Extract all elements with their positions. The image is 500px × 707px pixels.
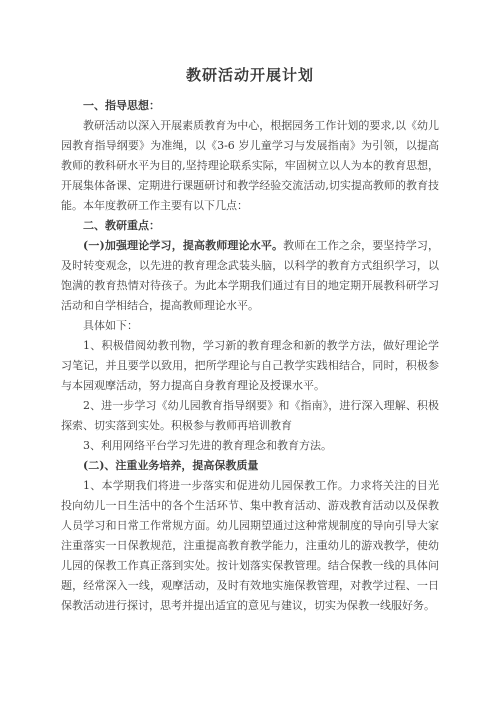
- list-item-1-reading-journals: 1、积极借阅幼教刊物，学习新的教育理念和新的教学方法，做好理论学习笔记，并且要学…: [61, 336, 439, 396]
- list-item-3-online-platform: 3、利用网络平台学习先进的教育理念和教育方法。: [61, 436, 439, 456]
- section-heading-guiding-ideology: 一、指导思想：: [61, 96, 439, 116]
- section-heading-professional-training: (二)、注重业务培养，提高保教质量: [61, 456, 439, 476]
- paragraph-details-label: 具体如下：: [61, 316, 439, 336]
- paragraph-guiding-ideology-body: 教研活动以深入开展素质教育为中心，根据园务工作计划的要求,以《幼儿园教育指导纲要…: [61, 116, 439, 216]
- page-title: 教研活动开展计划: [61, 64, 439, 86]
- document-page: 教研活动开展计划 一、指导思想： 教研活动以深入开展素质教育为中心，根据园务工作…: [0, 0, 500, 707]
- paragraph-childcare-work: 1、本学期我们将进一步落实和促进幼儿园保教工作。力求将关注的目光投向幼儿一日生活…: [61, 476, 439, 616]
- section-heading-research-focus: 二、教研重点：: [61, 216, 439, 236]
- document-content: 教研活动开展计划 一、指导思想： 教研活动以深入开展素质教育为中心，根据园务工作…: [0, 0, 500, 616]
- paragraph-theory-study-lead: (一)加强理论学习，提高教师理论水平。: [83, 239, 283, 252]
- paragraph-theory-study: (一)加强理论学习，提高教师理论水平。教师在工作之余，要坚持学习，及时转变观念，…: [61, 236, 439, 316]
- list-item-2-study-outline-guide: 2、进一步学习《幼儿园教育指导纲要》和《指南》，进行深入理解、积极探索、切实落到…: [61, 396, 439, 436]
